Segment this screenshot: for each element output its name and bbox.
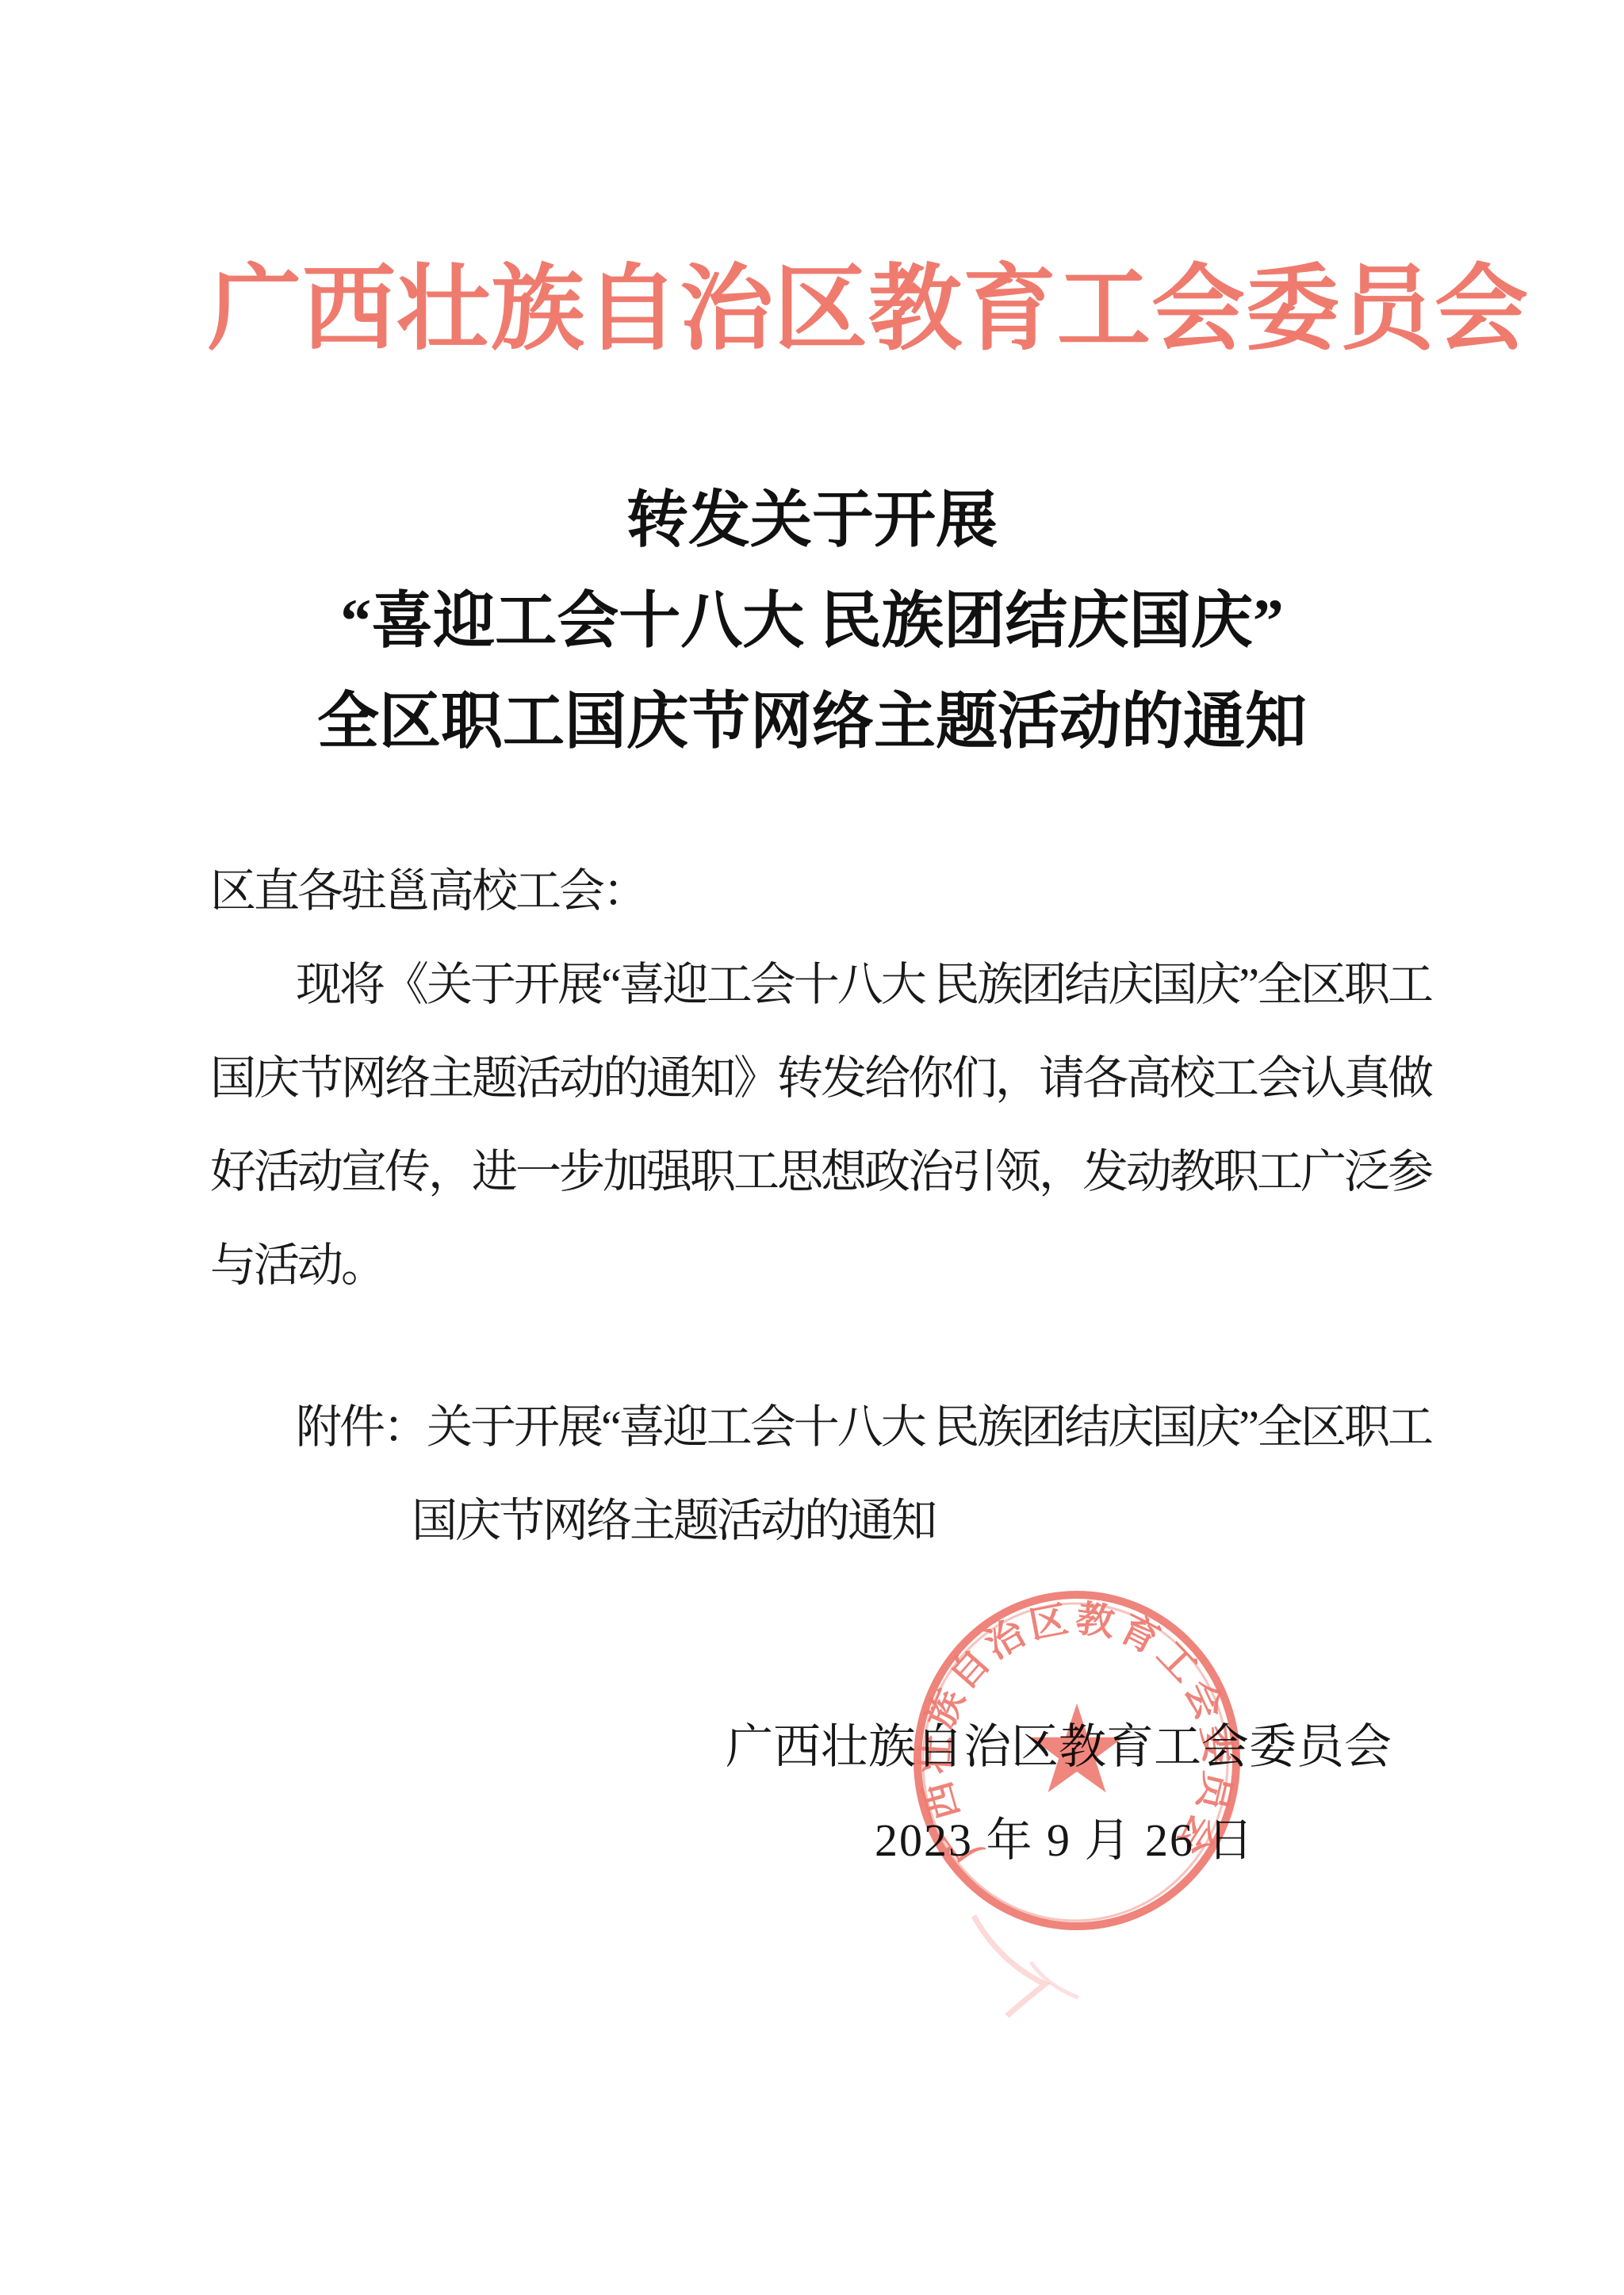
document-page: 广西壮族自治区教育工会委员会 转发关于开展 “喜迎工会十八大 民族团结庆国庆” … [0,0,1624,2295]
signature-org: 广西壮族自治区教育工会委员会 [726,1709,1392,1777]
attachment-line-2: 国庆节网络主题活动的通知 [210,1474,1471,1568]
notice-body: 区直各驻邕高校工会： 现将《关于开展“喜迎工会十八大 民族团结庆国庆”全区职工 … [210,845,1471,1312]
signature-date: 2023 年 9 月 26 日 [875,1803,1255,1869]
notice-title: 转发关于开展 “喜迎工会十八大 民族团结庆国庆” 全区职工国庆节网络主题活动的通… [0,469,1624,772]
attachment-note: 附件：关于开展“喜迎工会十八大 民族团结庆国庆”全区职工 国庆节网络主题活动的通… [210,1381,1471,1568]
notice-title-line-2: “喜迎工会十八大 民族团结庆国庆” [0,570,1624,671]
salutation: 区直各驻邕高校工会： [210,845,1471,938]
seal-smear [974,1916,1045,2016]
seal-smear-2 [1031,1962,1078,1998]
body-line-3: 好活动宣传，进一步加强职工思想政治引领，发动教职工广泛参 [210,1125,1471,1219]
notice-title-line-3: 全区职工国庆节网络主题活动的通知 [0,671,1624,772]
body-line-4: 与活动。 [210,1219,1471,1312]
body-line-1: 现将《关于开展“喜迎工会十八大 民族团结庆国庆”全区职工 [210,938,1471,1032]
letterhead-org-title: 广西壮族自治区教育工会委员会 [208,259,1453,362]
body-line-2: 国庆节网络主题活动的通知》转发给你们，请各高校工会认真做 [210,1032,1471,1125]
attachment-line-1: 附件：关于开展“喜迎工会十八大 民族团结庆国庆”全区职工 [210,1381,1471,1474]
notice-title-line-1: 转发关于开展 [0,469,1624,570]
